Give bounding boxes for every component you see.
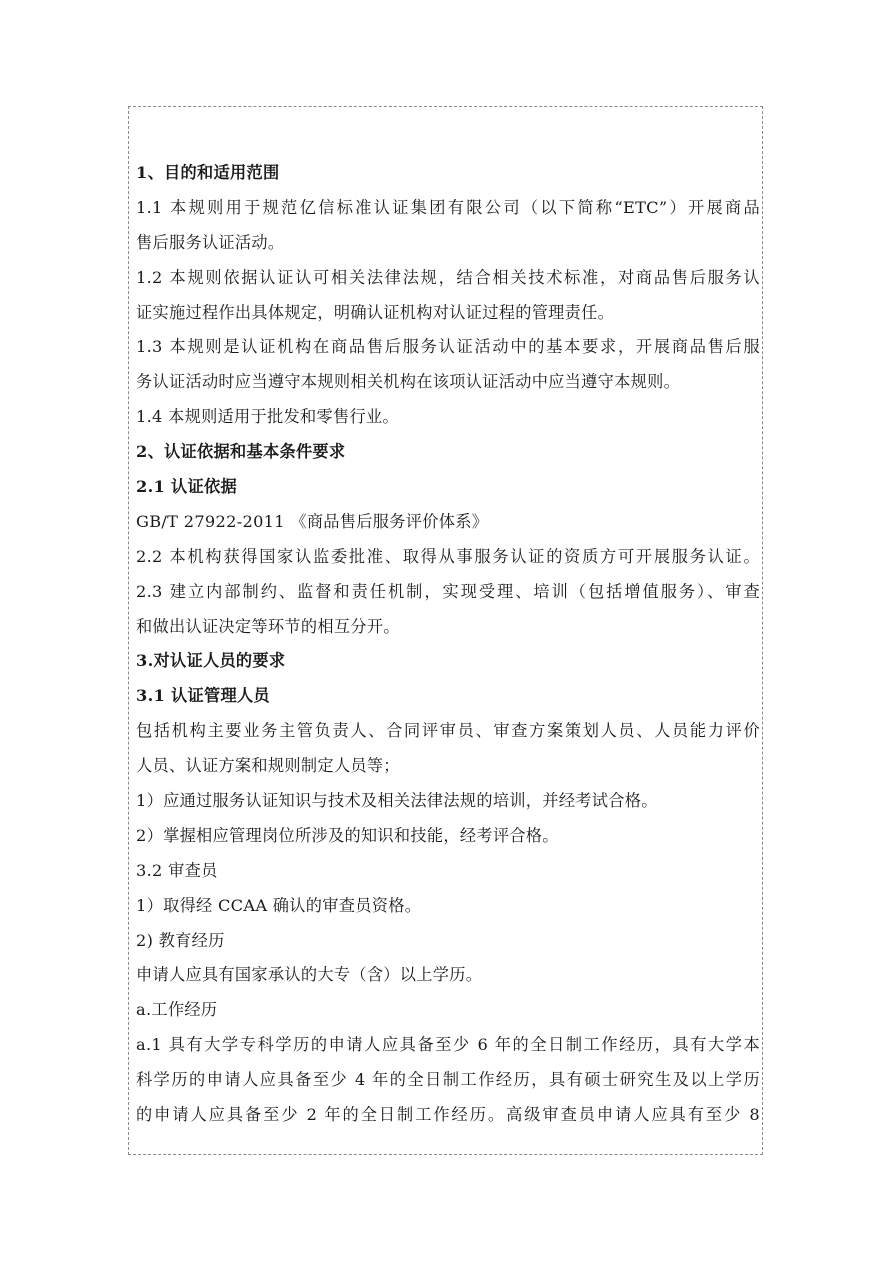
paragraph-a1-line-3: 的申请人应具备至少 2 年的全日制工作经历。高级审查员申请人应具有至少 8 [136,1098,760,1133]
paragraph-1-4: 1.4 本规则适用于批发和零售行业。 [136,400,760,435]
paragraph-3-1-line-2: 人员、认证方案和规则制定人员等； [136,749,760,784]
subheading-work-experience: a.工作经历 [136,993,760,1028]
paragraph-1-2-line-2: 证实施过程作出具体规定，明确认证机构对认证过程的管理责任。 [136,296,760,331]
section-heading-1: 1、目的和适用范围 [136,156,760,191]
document-body: 1、目的和适用范围 1.1 本规则用于规范亿信标准认证集团有限公司（以下简称“E… [136,156,760,1133]
paragraph-a1-line-2: 科学历的申请人应具备至少 4 年的全日制工作经历，具有硕士研究生及以上学历 [136,1063,760,1098]
list-item-3-2-2: 2) 教育经历 [136,924,760,959]
section-heading-3: 3.对认证人员的要求 [136,644,760,679]
paragraph-1-3-line-1: 1.3 本规则是认证机构在商品售后服务认证活动中的基本要求，开展商品售后服 [136,330,760,365]
paragraph-1-1-line-1: 1.1 本规则用于规范亿信标准认证集团有限公司（以下简称“ETC”）开展商品 [136,191,760,226]
paragraph-2-3-line-1: 2.3 建立内部制约、监督和责任机制，实现受理、培训（包括增值服务）、审查 [136,575,760,610]
paragraph-3-1-line-1: 包括机构主要业务主管负责人、合同评审员、审查方案策划人员、人员能力评价 [136,714,760,749]
paragraph-2-2: 2.2 本机构获得国家认监委批准、取得从事服务认证的资质方可开展服务认证。 [136,540,760,575]
subsection-heading-3-1: 3.1 认证管理人员 [136,679,760,714]
section-heading-2: 2、认证依据和基本条件要求 [136,435,760,470]
standard-reference: GB/T 27922-2011 《商品售后服务评价体系》 [136,505,760,540]
subsection-heading-2-1: 2.1 认证依据 [136,470,760,505]
paragraph-1-3-line-2: 务认证活动时应当遵守本规则相关机构在该项认证活动中应当遵守本规则。 [136,365,760,400]
paragraph-education: 申请人应具有国家承认的大专（含）以上学历。 [136,958,760,993]
paragraph-a1-line-1: a.1 具有大学专科学历的申请人应具备至少 6 年的全日制工作经历，具有大学本 [136,1028,760,1063]
subsection-heading-3-2: 3.2 审查员 [136,854,760,889]
paragraph-2-3-line-2: 和做出认证决定等环节的相互分开。 [136,610,760,645]
paragraph-1-1-line-2: 售后服务认证活动。 [136,226,760,261]
paragraph-1-2-line-1: 1.2 本规则依据认证认可相关法律法规，结合相关技术标准，对商品售后服务认 [136,261,760,296]
list-item-3-1-1: 1）应通过服务认证知识与技术及相关法律法规的培训，并经考试合格。 [136,784,760,819]
list-item-3-2-1: 1）取得经 CCAA 确认的审查员资格。 [136,889,760,924]
list-item-3-1-2: 2）掌握相应管理岗位所涉及的知识和技能，经考评合格。 [136,819,760,854]
